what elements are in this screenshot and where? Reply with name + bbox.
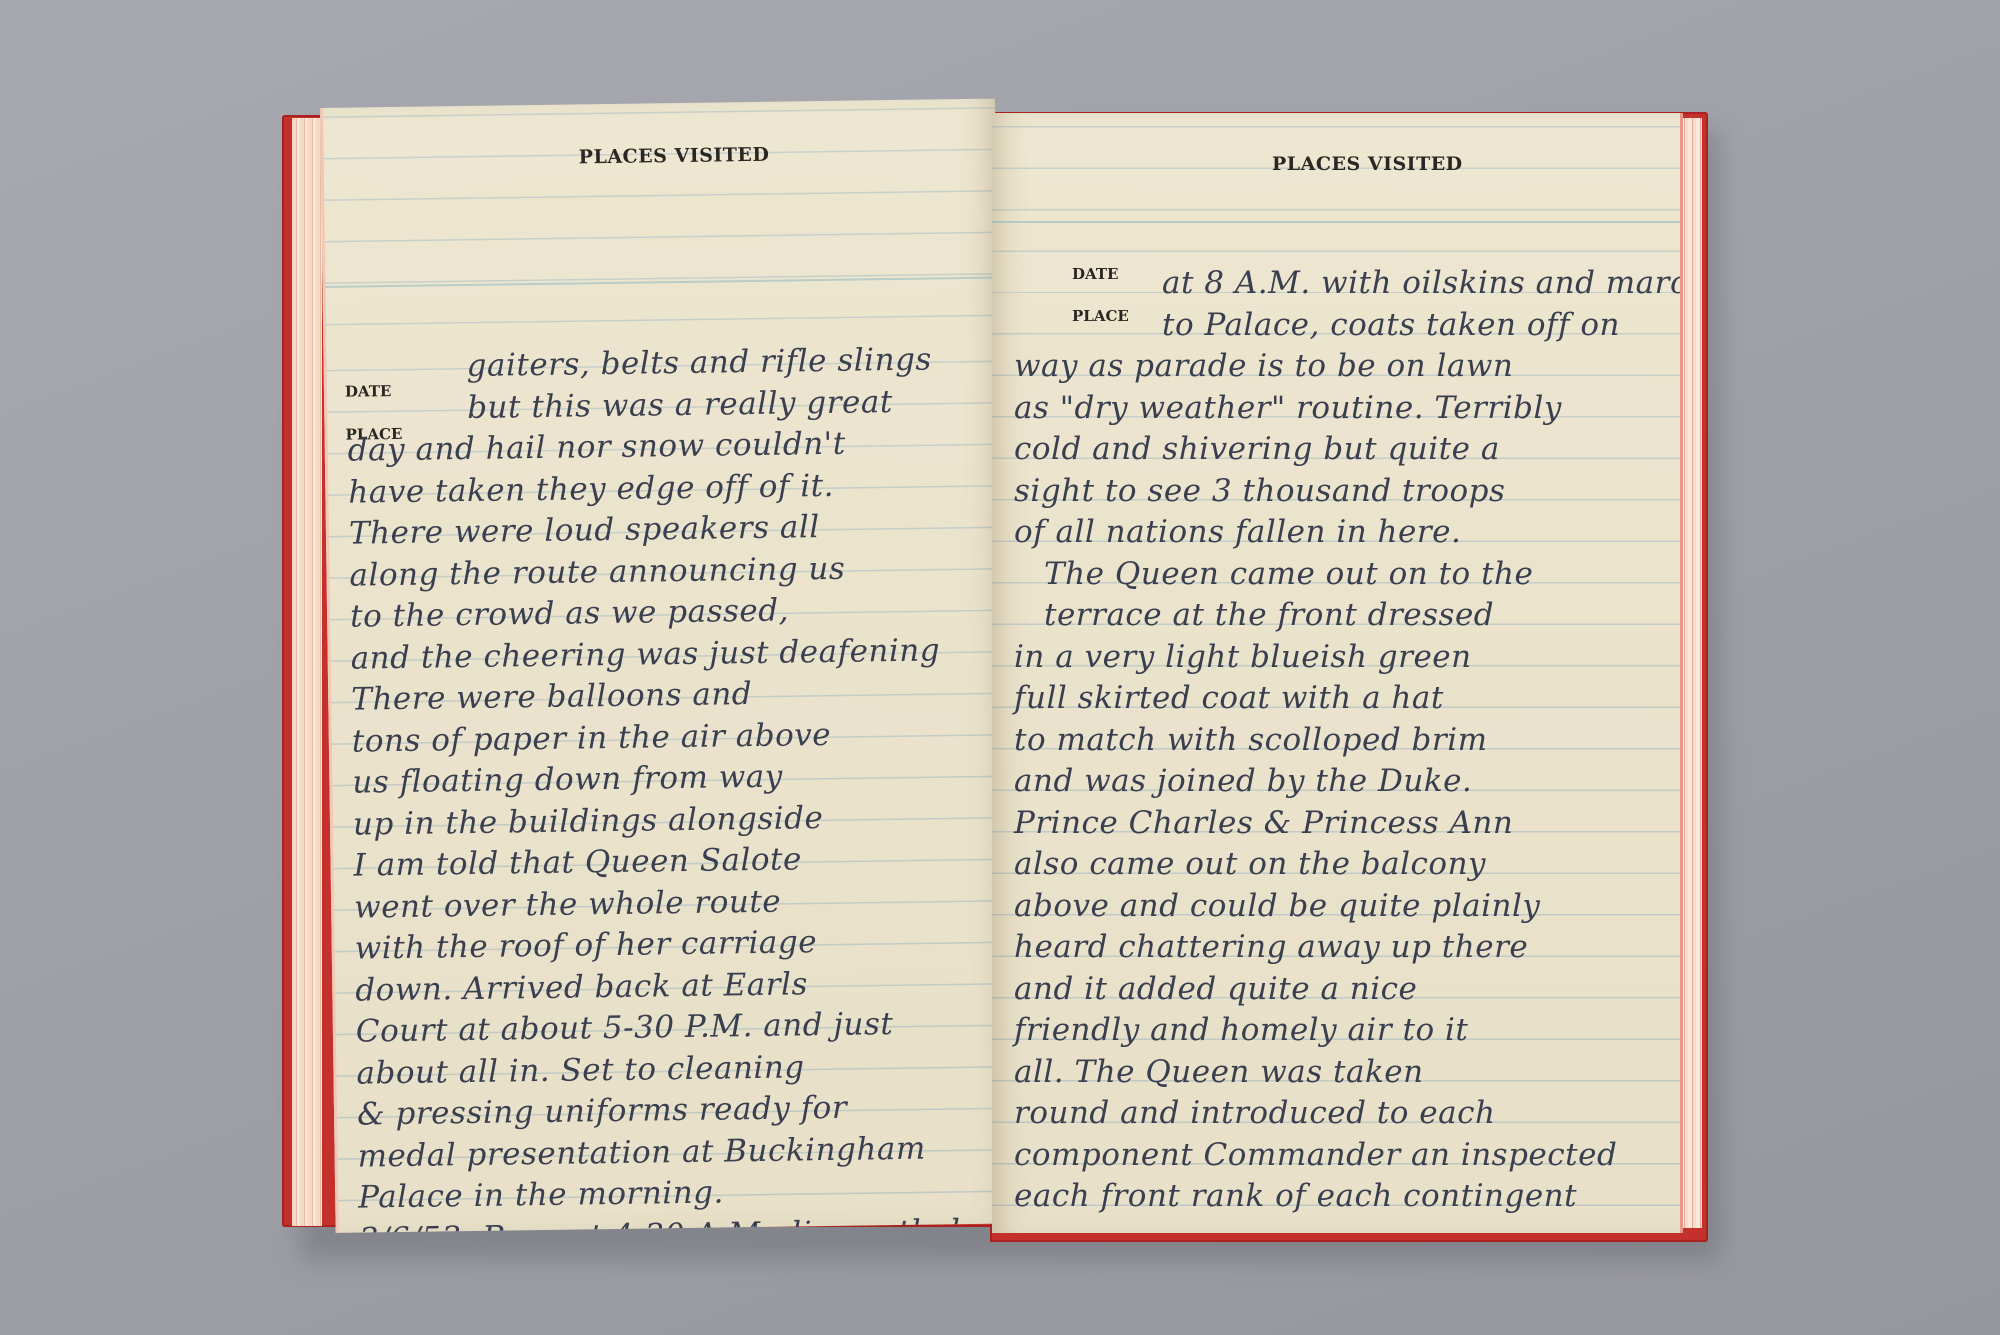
handwritten-entry: at 8 A.M. with oilskins and march to Pal…	[992, 263, 1680, 1218]
right-page: PLACES VISITED DATE PLACE at 8 A.M. with…	[992, 113, 1683, 1233]
entry-line: terrace at the front dressed	[1014, 595, 1680, 637]
entry-line: also came out on the balcony	[1014, 844, 1680, 886]
header-rule	[325, 277, 997, 288]
entry-line: friendly and homely air to it	[1014, 1010, 1680, 1052]
entry-line: component Commander an inspected	[1014, 1135, 1680, 1177]
entry-line: and it added quite a nice	[1014, 969, 1680, 1011]
entry-line: sight to see 3 thousand troops	[1014, 471, 1680, 513]
entry-line: each front rank of each contingent	[1014, 1176, 1680, 1218]
left-page: PLACES VISITED DATE PLACE gaiters, belts…	[320, 99, 1011, 1233]
entry-line: of all nations fallen in here.	[1014, 512, 1680, 554]
entry-line: as "dry weather" routine. Terribly	[1014, 388, 1680, 430]
page-stack-left	[292, 118, 322, 1226]
entry-line: heard chattering away up there	[1014, 927, 1680, 969]
header-rule	[992, 221, 1680, 223]
handwritten-entry: gaiters, belts and rifle slings but this…	[326, 339, 1010, 1233]
entry-line: The Queen came out on to the	[1014, 554, 1680, 596]
entry-line: cold and shivering but quite a	[1014, 429, 1680, 471]
entry-line: way as parade is to be on lawn	[1014, 346, 1680, 388]
entry-line: in a very light blueish green	[1014, 637, 1680, 679]
entry-line: Prince Charles & Princess Ann	[1014, 803, 1680, 845]
entry-line: and was joined by the Duke.	[1014, 761, 1680, 803]
page-stack-right	[1680, 118, 1702, 1228]
entry-line: above and could be quite plainly	[1014, 886, 1680, 928]
entry-line: full skirted coat with a hat	[1014, 678, 1680, 720]
entry-line: to match with scolloped brim	[1014, 720, 1680, 762]
entry-line: all. The Queen was taken	[1014, 1052, 1680, 1094]
page-heading: PLACES VISITED	[579, 144, 770, 169]
entry-line: at 8 A.M. with oilskins and march	[1014, 263, 1680, 305]
entry-line: round and introduced to each	[1014, 1093, 1680, 1135]
entry-line: to Palace, coats taken off on	[1014, 305, 1680, 347]
page-heading: PLACES VISITED	[1272, 153, 1463, 175]
